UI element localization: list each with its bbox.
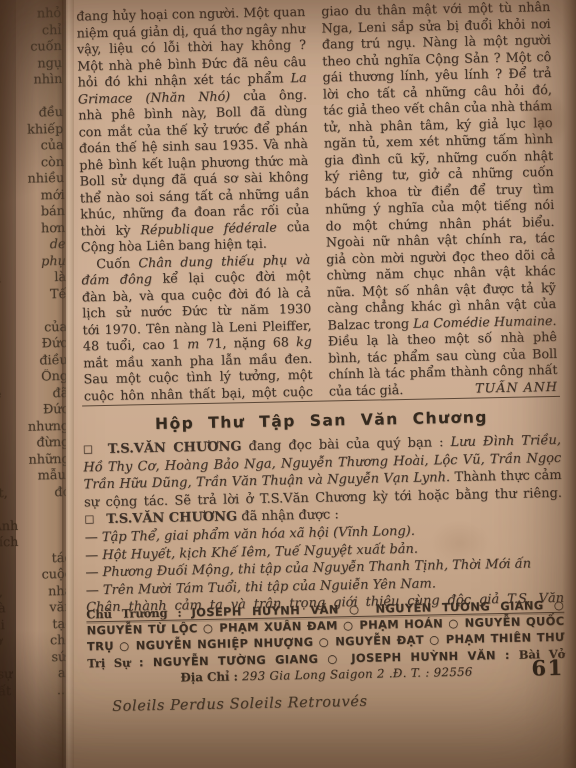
series-title: Soleils Perdus Soleils Retrouvés (112, 694, 368, 715)
page-content: đang hủy hoại con người. Một quanniệm qu… (66, 0, 576, 768)
page-number: 61 (531, 655, 564, 681)
page: đang hủy hoại con người. Một quanniệm qu… (74, 0, 576, 768)
facing-page-edge: Nam nhỏường chỉđầu cuốn: ... ngụlực nhìn… (0, 0, 66, 768)
article-columns: đang hủy hoại con người. Một quanniệm qu… (76, 0, 558, 404)
letterbox-title: Hộp Thư Tập San Văn Chương (82, 407, 560, 435)
letterbox-body: □T.S.VĂN CHƯƠNG đang đọc bài của quý bạn… (83, 432, 564, 617)
page-right-edge-shadow (562, 0, 576, 768)
book-page-photo: Nam nhỏường chỉđầu cuốn: ... ngụlực nhìn… (0, 0, 576, 768)
article-left-column: đang hủy hoại con người. Một quanniệm qu… (76, 4, 313, 405)
credits-block: Chủ Trương : JOSEPH HUỲNH VĂN ○ NGUYỄN T… (86, 597, 566, 688)
article-right-column: giao du thân mật với một tù nhânNga, Len… (321, 0, 558, 399)
book-spine-shadow (0, 0, 16, 768)
letterbox-section: Hộp Thư Tập San Văn Chương □T.S.VĂN CHƯƠ… (82, 403, 564, 622)
